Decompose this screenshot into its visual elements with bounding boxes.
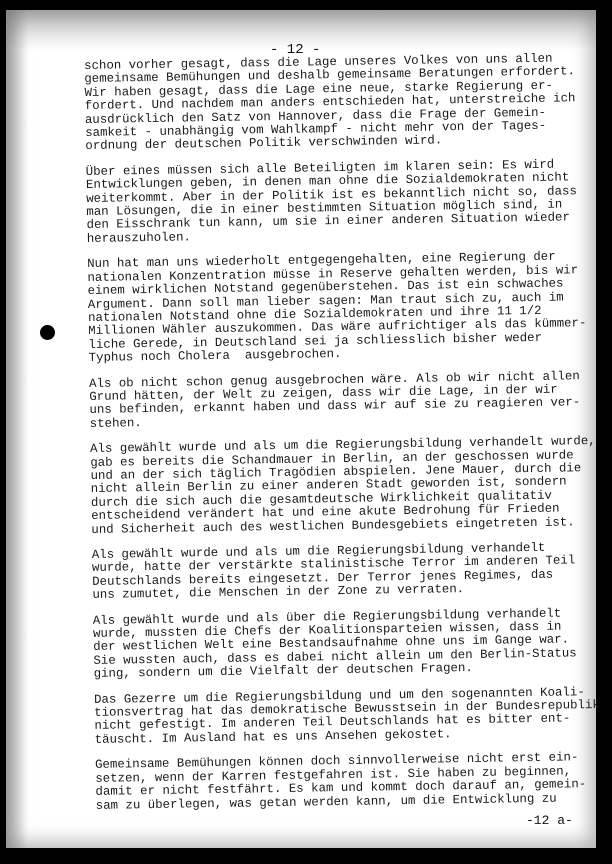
paragraph-1: schon vorher gesagt, dass die Lage unser… bbox=[84, 52, 605, 154]
paragraph-8: Das Gezerre um die Regierungsbildung und… bbox=[94, 685, 612, 747]
document-page: - 12 - schon vorher gesagt, dass die Lag… bbox=[6, 10, 596, 848]
punch-hole-mark bbox=[40, 325, 55, 340]
paragraph-2: Über eines müssen sich alle Beteiligten … bbox=[86, 158, 607, 247]
paragraph-6: Als gewählt wurde und als um die Regieru… bbox=[92, 541, 612, 603]
paragraph-4: Als ob nicht schon genug ausgebrochen wä… bbox=[89, 369, 610, 431]
paragraph-3: Nun hat man uns wiederholt entgegengehal… bbox=[87, 250, 609, 365]
paragraph-9: Gemeinsame Bemühungen können doch sinnvo… bbox=[95, 751, 612, 813]
body-text: schon vorher gesagt, dass die Lage unser… bbox=[84, 52, 612, 825]
continuation-marker: -12 a- bbox=[526, 813, 573, 828]
paragraph-7: Als gewählt wurde und als über die Regie… bbox=[93, 606, 612, 681]
paragraph-5: Als gewählt wurde und als um die Regieru… bbox=[90, 435, 611, 537]
